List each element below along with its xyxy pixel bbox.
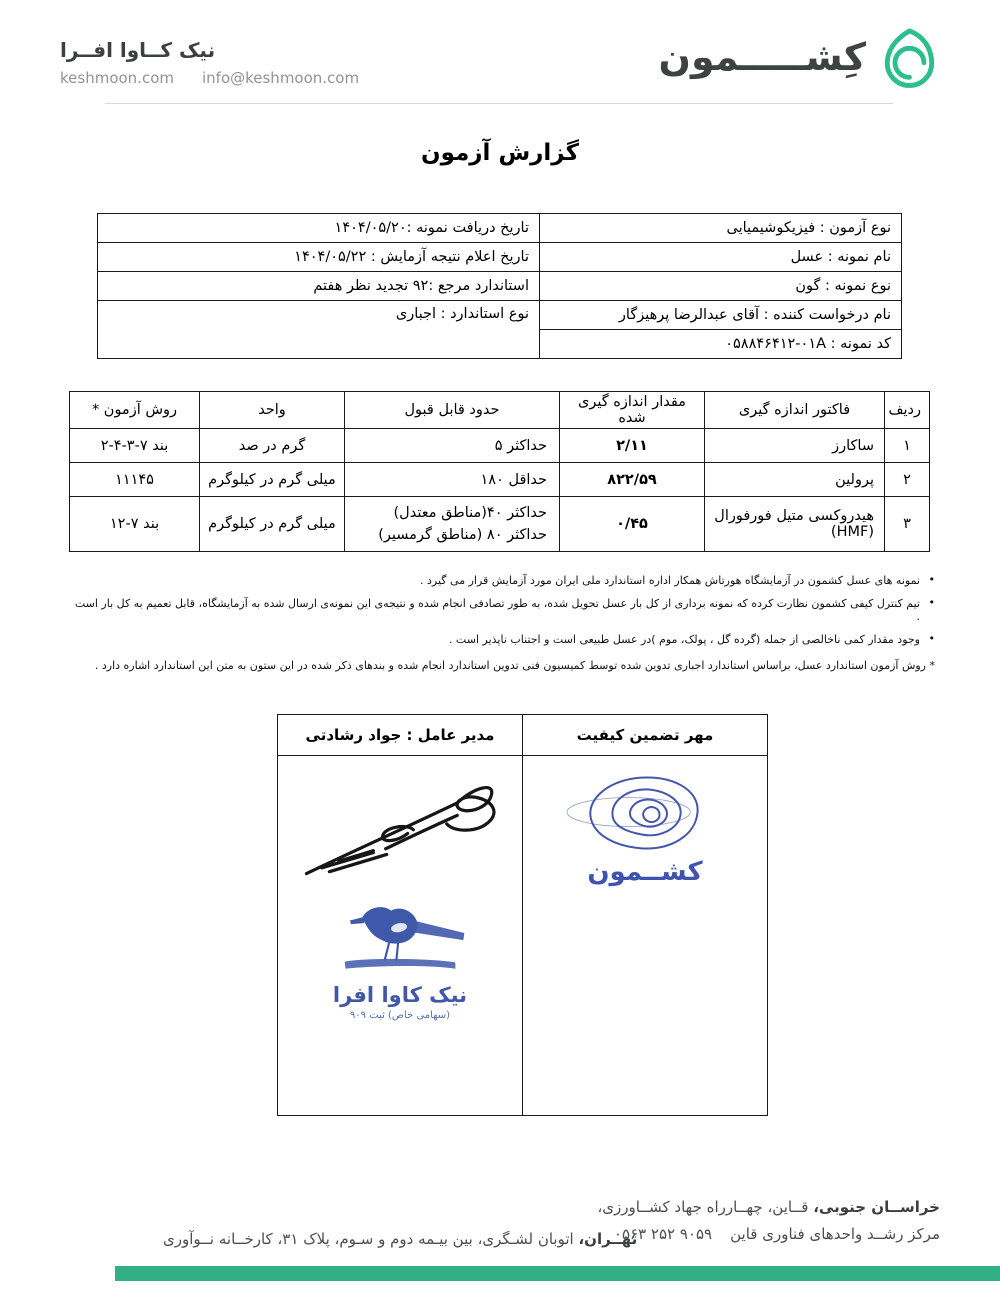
notes-section: نمونه های عسل کشمون در آزمایشگاه هورتاش … — [70, 574, 935, 672]
value-cell: ۰/۴۵ — [560, 497, 705, 552]
factor-cell: پرولین — [705, 463, 885, 497]
receive-date-cell: تاریخ دریافت نمونه :۱۴۰۴/۰۵/۲۰ — [98, 214, 540, 243]
manager-signature — [279, 761, 521, 889]
col-header-unit: واحد — [200, 392, 345, 429]
unit-cell: میلی گرم در کیلوگرم — [200, 463, 345, 497]
result-row-hmf: ۳ هیدروکسی متیل فورفورال (HMF) ۰/۴۵ حداک… — [70, 497, 930, 552]
website-text: keshmoon.com — [60, 69, 174, 87]
quality-seal-spiral-icon — [555, 765, 735, 861]
test-report-page: کِشـــــمون نیک کــاوا افــرا keshmoon.c… — [0, 0, 1000, 1294]
footer-address-qaen: خراســان جنوبی، قــاین، چهــارراه جهاد ک… — [597, 1194, 940, 1248]
footer-qaen-line1-rest: قــاین، چهــارراه جهاد کشــاورزی، — [597, 1198, 813, 1216]
col-header-factor: فاکتور اندازه گیری — [705, 392, 885, 429]
limit-cell: حداکثر ۵ — [345, 429, 560, 463]
col-header-method: روش آزمون * — [70, 392, 200, 429]
company-brand-block: نیک کــاوا افــرا keshmoon.com info@kesh… — [60, 38, 359, 87]
method-cell: بند ۷-۱۲ — [70, 497, 200, 552]
requester-cell: نام درخواست کننده : آقای عبدالرضا پرهیزگ… — [540, 301, 902, 330]
keshmoon-drop-icon — [880, 26, 938, 88]
sample-code-value: ۰۵۸۸۴۶۴۱۲-۰۱A — [725, 336, 826, 352]
results-table: ردیف فاکتور اندازه گیری مقدار اندازه گیر… — [69, 391, 930, 552]
limit-line-1: حداکثر ۴۰(مناطق معتدل) — [353, 502, 547, 524]
manager-signature-cell: نیک کاوا افرا (سهامی خاص) ثبت ۹۰۹ — [278, 756, 523, 1116]
result-date-cell: تاریخ اعلام نتیجه آزمایش : ۱۴۰۴/۰۵/۲۲ — [98, 243, 540, 272]
sample-code-label: کد نمونه : — [826, 336, 891, 352]
company-seal-bird-icon — [325, 883, 475, 983]
header-divider — [105, 103, 893, 104]
footer-qaen-line1: خراســان جنوبی، قــاین، چهــارراه جهاد ک… — [597, 1194, 940, 1221]
info-row: نام درخواست کننده : آقای عبدالرضا پرهیزگ… — [98, 301, 902, 330]
unit-cell: میلی گرم در کیلوگرم — [200, 497, 345, 552]
footer-tehran-rest: اتوبان لشـگری، بین بیـمه دوم و سـوم، پلا… — [163, 1230, 578, 1248]
info-row: نوع نمونه : گون استاندارد مرجع :۹۲ تجدید… — [98, 272, 902, 301]
ref-standard-cell: استاندارد مرجع :۹۲ تجدید نظر هفتم — [98, 272, 540, 301]
result-row-sucrose: ۱ ساکارز ۲/۱۱ حداکثر ۵ گرم در صد بند ۷-۳… — [70, 429, 930, 463]
keshmoon-logo: کِشـــــمون — [659, 26, 938, 88]
company-seal-subtext: (سهامی خاص) ثبت ۹۰۹ — [279, 1010, 521, 1021]
info-row: نام نمونه : عسل تاریخ اعلام نتیجه آزمایش… — [98, 243, 902, 272]
note-impurity: وجود مقدار کمی ناخالصی از جمله (گرده گل … — [70, 633, 935, 646]
manager-header: مدیر عامل : جواد رشادتی — [278, 715, 523, 756]
method-cell: ۱۱۱۴۵ — [70, 463, 200, 497]
col-header-limit: حدود قابل قبول — [345, 392, 560, 429]
unit-cell: گرم در صد — [200, 429, 345, 463]
row-number: ۳ — [885, 497, 930, 552]
factor-cell: هیدروکسی متیل فورفورال (HMF) — [705, 497, 885, 552]
sample-name-cell: نام نمونه : عسل — [540, 243, 902, 272]
limit-cell: حداقل ۱۸۰ — [345, 463, 560, 497]
company-name: نیک کــاوا افــرا — [60, 38, 359, 62]
quality-seal: کشــمون — [524, 765, 766, 887]
value-cell: ۸۲۲/۵۹ — [560, 463, 705, 497]
company-seal: نیک کاوا افرا (سهامی خاص) ثبت ۹۰۹ — [279, 883, 521, 1021]
signature-scribble — [295, 761, 505, 885]
signature-body-row: کشــمون — [278, 756, 768, 1116]
keshmoon-wordmark: کِشـــــمون — [659, 38, 866, 76]
limit-line-2: حداکثر ۸۰ (مناطق گرمسیر) — [353, 524, 547, 546]
sample-type-cell: نوع نمونه : گون — [540, 272, 902, 301]
limit-cell: حداکثر ۴۰(مناطق معتدل) حداکثر ۸۰ (مناطق … — [345, 497, 560, 552]
note-sampling: تیم کنترل کیفی کشمون نظارت کرده که نمونه… — [70, 597, 935, 623]
quality-stamp-header: مهر تضمین کیفیت — [523, 715, 768, 756]
signature-table: مهر تضمین کیفیت مدیر عامل : جواد رشادتی — [277, 714, 768, 1116]
header: کِشـــــمون نیک کــاوا افــرا keshmoon.c… — [0, 0, 1000, 88]
value-cell: ۲/۱۱ — [560, 429, 705, 463]
row-number: ۱ — [885, 429, 930, 463]
method-cell: بند ۷-۳-۴-۲ — [70, 429, 200, 463]
email-text: info@keshmoon.com — [202, 69, 359, 87]
results-header-row: ردیف فاکتور اندازه گیری مقدار اندازه گیر… — [70, 392, 930, 429]
company-seal-text: نیک کاوا افرا — [279, 983, 521, 1007]
note-method-reference: * روش آزمون استاندارد عسل، براساس استاند… — [70, 659, 935, 672]
footer-qaen-region: خراســان جنوبی، — [813, 1198, 940, 1216]
footer-qaen-center: مرکز رشــد واحدهای فناوری قاین — [730, 1225, 940, 1243]
test-type-cell: نوع آزمون : فیزیکوشیمیایی — [540, 214, 902, 243]
col-header-row-number: ردیف — [885, 392, 930, 429]
note-lab: نمونه های عسل کشمون در آزمایشگاه هورتاش … — [70, 574, 935, 587]
footer-green-bar — [115, 1266, 1000, 1281]
company-contacts: keshmoon.com info@keshmoon.com — [60, 69, 359, 87]
quality-seal-text: کشــمون — [524, 857, 766, 887]
footer-qaen-line2: مرکز رشــد واحدهای فناوری قاین۹۰۵۹ ۲۵۲ ۰… — [597, 1221, 940, 1248]
col-header-value: مقدار اندازه گیری شده — [560, 392, 705, 429]
quality-stamp-cell: کشــمون — [523, 756, 768, 1116]
sample-code-cell: کد نمونه : ۰۵۸۸۴۶۴۱۲-۰۱A — [540, 330, 902, 359]
info-row: نوع آزمون : فیزیکوشیمیایی تاریخ دریافت ن… — [98, 214, 902, 243]
row-number: ۲ — [885, 463, 930, 497]
footer-address-tehran: تهــران، اتوبان لشـگری، بین بیـمه دوم و … — [163, 1230, 637, 1248]
sample-info-table: نوع آزمون : فیزیکوشیمیایی تاریخ دریافت ن… — [97, 213, 902, 359]
signature-header-row: مهر تضمین کیفیت مدیر عامل : جواد رشادتی — [278, 715, 768, 756]
result-row-proline: ۲ پرولین ۸۲۲/۵۹ حداقل ۱۸۰ میلی گرم در کی… — [70, 463, 930, 497]
page-title: گزارش آزمون — [0, 140, 1000, 166]
standard-type-cell: نوع استاندارد : اجباری — [98, 301, 540, 359]
factor-cell: ساکارز — [705, 429, 885, 463]
footer-tehran-city: تهــران، — [578, 1230, 637, 1248]
